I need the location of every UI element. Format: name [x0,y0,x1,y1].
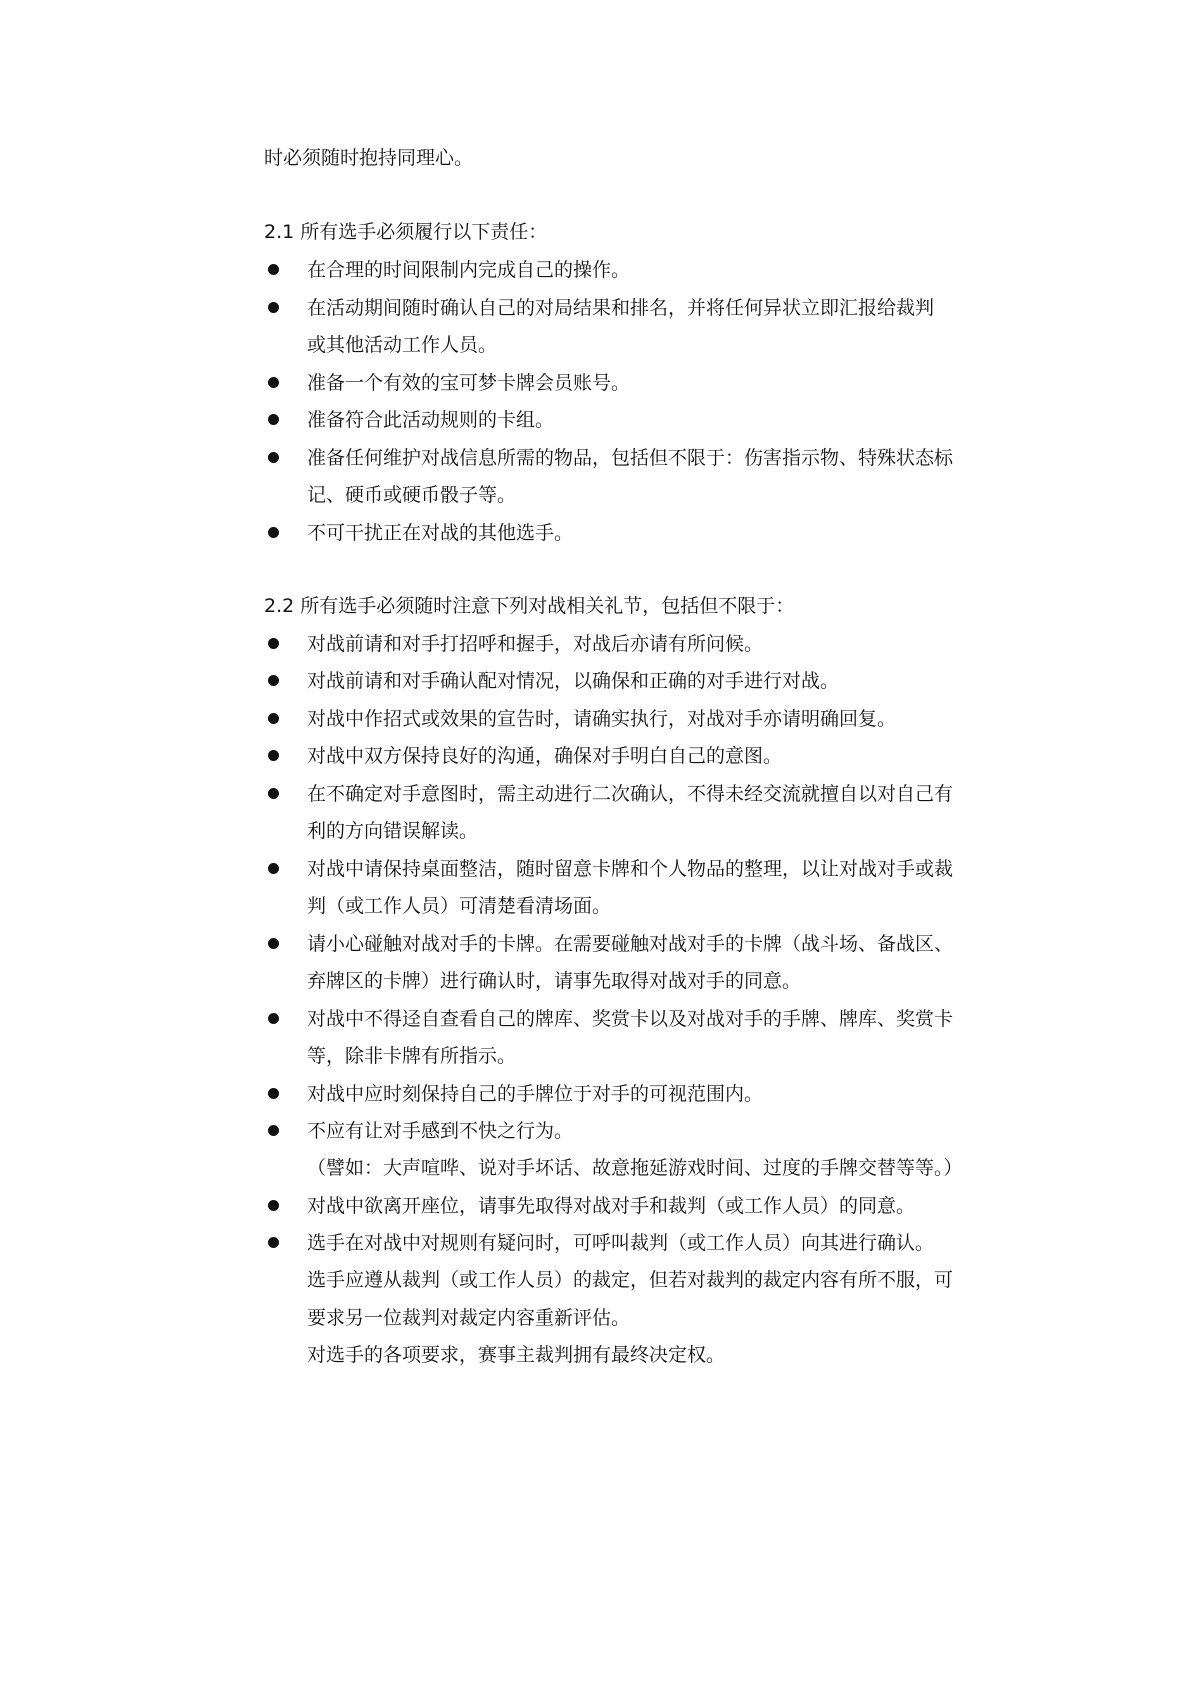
list-item-text-continued: 记、硬币或硬币骰子等。 [307,483,516,507]
list-item-text: 准备一个有效的宝可梦卡牌会员账号。 [307,371,630,395]
intro-paragraph-tail: 时必须随时抱持同理心。 [264,146,473,170]
section-2-2-heading: 2.2 所有选手必须随时注意下列对战相关礼节，包括但不限于： [264,594,794,618]
bullet-icon [268,264,279,275]
list-item-text: 准备符合此活动规则的卡组。 [307,408,554,432]
list-item-text: 对战中作招式或效果的宣告时，请确实执行，对战对手亦请明确回复。 [307,707,896,731]
bullet-icon [268,302,279,313]
list-item-text: 不可干扰正在对战的其他选手。 [307,521,573,545]
bullet-icon [268,377,279,388]
bullet-icon [268,1088,279,1099]
bullet-icon [268,713,279,724]
list-item-text-continued: 选手应遵从裁判（或工作人员）的裁定，但若对裁判的裁定内容有所不服，可 [307,1268,953,1292]
list-item-text-continued: 利的方向错误解读。 [307,819,478,843]
bullet-icon [268,675,279,686]
list-item-text: 在活动期间随时确认自己的对局结果和排名，并将任何异状立即汇报给裁判 [307,296,934,320]
list-item-text: 对战中欲离开座位，请事先取得对战对手和裁判（或工作人员）的同意。 [307,1194,915,1218]
list-item-text-continued: 对选手的各项要求，赛事主裁判拥有最终决定权。 [307,1343,725,1367]
list-item-text-continued: （譬如：大声喧哗、说对手坏话、故意拖延游戏时间、过度的手牌交替等等。） [307,1156,963,1180]
list-item-text-continued: 等，除非卡牌有所指示。 [307,1044,516,1068]
bullet-icon [268,638,279,649]
bullet-icon [268,527,279,538]
bullet-icon [268,414,279,425]
document-page: 时必须随时抱持同理心。 2.1 所有选手必须履行以下责任： 在合理的时间限制内完… [0,0,1190,1683]
list-item-text: 对战中双方保持良好的沟通，确保对手明白自己的意图。 [307,744,782,768]
list-item-text: 不应有让对手感到不快之行为。 [307,1119,573,1143]
list-item-text-continued: 或其他活动工作人员。 [307,333,497,357]
bullet-icon [268,1013,279,1024]
list-item-text: 对战中请保持桌面整洁，随时留意卡牌和个人物品的整理，以让对战对手或裁 [307,857,953,881]
bullet-icon [268,1200,279,1211]
bullet-icon [268,1125,279,1136]
list-item-text: 请小心碰触对战对手的卡牌。在需要碰触对战对手的卡牌（战斗场、备战区、 [307,932,953,956]
list-item-text: 选手在对战中对规则有疑问时，可呼叫裁判（或工作人员）向其进行确认。 [307,1231,934,1255]
bullet-icon [268,750,279,761]
bullet-icon [268,452,279,463]
list-item-text: 对战中不得迳自查看自己的牌库、奖赏卡以及对战对手的手牌、牌库、奖赏卡 [307,1007,953,1031]
list-item-text-continued: 要求另一位裁判对裁定内容重新评估。 [307,1306,630,1330]
bullet-icon [268,788,279,799]
list-item-text-continued: 判（或工作人员）可清楚看清场面。 [307,894,611,918]
list-item-text: 在不确定对手意图时，需主动进行二次确认，不得未经交流就擅自以对自己有 [307,782,953,806]
list-item-text: 对战前请和对手打招呼和握手，对战后亦请有所问候。 [307,632,763,656]
list-item-text-continued: 弃牌区的卡牌）进行确认时，请事先取得对战对手的同意。 [307,969,801,993]
bullet-icon [268,938,279,949]
bullet-icon [268,1237,279,1248]
list-item-text: 在合理的时间限制内完成自己的操作。 [307,258,630,282]
list-item-text: 准备任何维护对战信息所需的物品，包括但不限于：伤害指示物、特殊状态标 [307,446,953,470]
list-item-text: 对战前请和对手确认配对情况，以确保和正确的对手进行对战。 [307,669,839,693]
section-2-1-heading: 2.1 所有选手必须履行以下责任： [264,220,547,244]
list-item-text: 对战中应时刻保持自己的手牌位于对手的可视范围内。 [307,1082,763,1106]
bullet-icon [268,863,279,874]
